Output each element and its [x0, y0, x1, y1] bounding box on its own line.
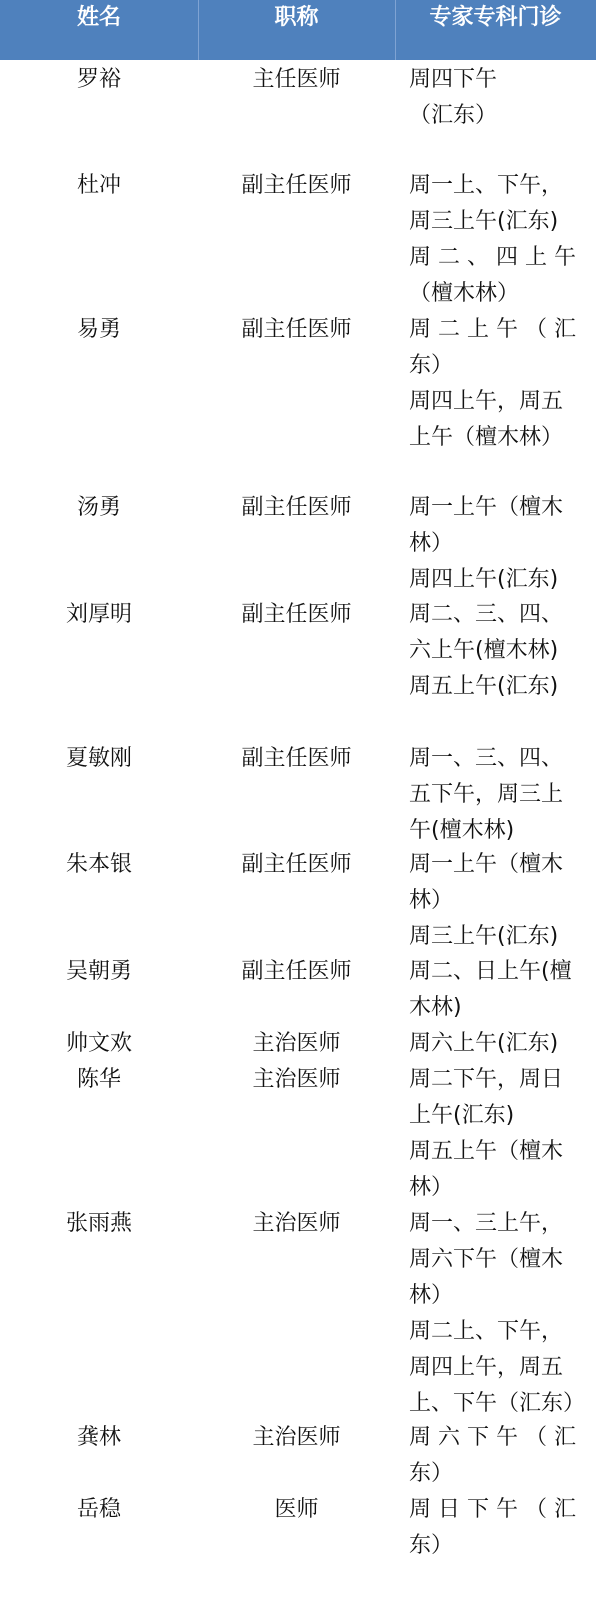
- doctor-title: 副主任医师: [198, 168, 395, 204]
- doctor-name: 杜冲: [0, 168, 198, 204]
- clinic-schedule-line: 周三上午(汇东): [409, 919, 558, 955]
- clinic-schedule-line: 林）: [409, 1278, 453, 1314]
- clinic-schedule-line: 周二、三、四、: [409, 597, 563, 633]
- clinic-schedule-line: 木林): [409, 990, 462, 1026]
- doctor-name: 汤勇: [0, 490, 198, 526]
- doctor-title: 副主任医师: [198, 741, 395, 777]
- clinic-schedule-line: 上午(汇东): [409, 1098, 514, 1134]
- clinic-schedule-line: 周一、三上午，: [409, 1206, 563, 1242]
- column-header-title: 职称: [198, 0, 395, 60]
- doctor-title: 医师: [198, 1492, 395, 1528]
- column-header-clinic: 专家专科门诊: [395, 0, 596, 60]
- column-header-name: 姓名: [0, 0, 198, 60]
- doctor-name: 夏敏刚: [0, 741, 198, 777]
- clinic-schedule-line: 周二上、下午，: [409, 1314, 563, 1350]
- doctor-name: 吴朝勇: [0, 954, 198, 990]
- clinic-schedule-line: 周六上午(汇东): [409, 1026, 558, 1062]
- clinic-schedule-line: 周四上午(汇东): [409, 562, 558, 598]
- clinic-schedule-line: 周 二 上 午 （ 汇: [409, 312, 576, 348]
- doctor-name: 朱本银: [0, 847, 198, 883]
- doctor-title: 主任医师: [198, 62, 395, 98]
- clinic-schedule-line: 周四上午，周五: [409, 1350, 563, 1386]
- doctor-name: 张雨燕: [0, 1206, 198, 1242]
- doctor-name: 陈华: [0, 1062, 198, 1098]
- clinic-schedule-line: （檀木林）: [409, 276, 519, 312]
- doctor-name: 帅文欢: [0, 1026, 198, 1062]
- clinic-schedule-line: 周一上、下午，: [409, 168, 563, 204]
- clinic-schedule-line: 东）: [409, 348, 453, 384]
- clinic-schedule-line: 午(檀木林): [409, 813, 514, 849]
- clinic-schedule-line: 上午（檀木林）: [409, 420, 563, 456]
- clinic-schedule-line: 周 二 、 四 上 午: [409, 240, 576, 276]
- clinic-schedule-line: 五下午，周三上: [409, 777, 563, 813]
- doctor-title: 副主任医师: [198, 312, 395, 348]
- table-header: 姓名 职称 专家专科门诊: [0, 0, 596, 60]
- clinic-schedule-line: 六上午(檀木林): [409, 633, 558, 669]
- doctor-title: 主治医师: [198, 1062, 395, 1098]
- clinic-schedule-line: 周一上午（檀木: [409, 847, 563, 883]
- doctor-title: 副主任医师: [198, 847, 395, 883]
- clinic-schedule-line: 周五上午(汇东): [409, 669, 558, 705]
- doctor-title: 副主任医师: [198, 490, 395, 526]
- doctor-name: 刘厚明: [0, 597, 198, 633]
- clinic-schedule-line: 周二、日上午(檀: [409, 954, 572, 990]
- clinic-schedule-line: 林）: [409, 883, 453, 919]
- clinic-schedule-line: 周四下午: [409, 62, 497, 98]
- doctor-name: 罗裕: [0, 62, 198, 98]
- doctor-title: 主治医师: [198, 1420, 395, 1456]
- clinic-schedule-line: （汇东）: [409, 98, 497, 134]
- clinic-schedule-line: 东）: [409, 1456, 453, 1492]
- doctor-title: 副主任医师: [198, 954, 395, 990]
- doctor-title: 主治医师: [198, 1026, 395, 1062]
- doctor-name: 龚林: [0, 1420, 198, 1456]
- clinic-schedule-line: 周一、三、四、: [409, 741, 563, 777]
- clinic-schedule-line: 周三上午(汇东): [409, 204, 558, 240]
- clinic-schedule-line: 周 日 下 午 （ 汇: [409, 1492, 576, 1528]
- clinic-schedule-line: 周五上午（檀木: [409, 1134, 563, 1170]
- clinic-schedule-line: 周 六 下 午 （ 汇: [409, 1420, 576, 1456]
- clinic-schedule-line: 林）: [409, 526, 453, 562]
- clinic-schedule-line: 上、下午（汇东）: [409, 1386, 585, 1422]
- clinic-schedule-line: 周四上午，周五: [409, 384, 563, 420]
- doctor-title: 主治医师: [198, 1206, 395, 1242]
- clinic-schedule-line: 周二下午，周日: [409, 1062, 563, 1098]
- clinic-schedule-line: 周六下午（檀木: [409, 1242, 563, 1278]
- doctor-title: 副主任医师: [198, 597, 395, 633]
- doctor-name: 易勇: [0, 312, 198, 348]
- clinic-schedule-line: 林）: [409, 1170, 453, 1206]
- clinic-schedule-line: 周一上午（檀木: [409, 490, 563, 526]
- doctor-name: 岳稳: [0, 1492, 198, 1528]
- clinic-schedule-line: 东）: [409, 1528, 453, 1564]
